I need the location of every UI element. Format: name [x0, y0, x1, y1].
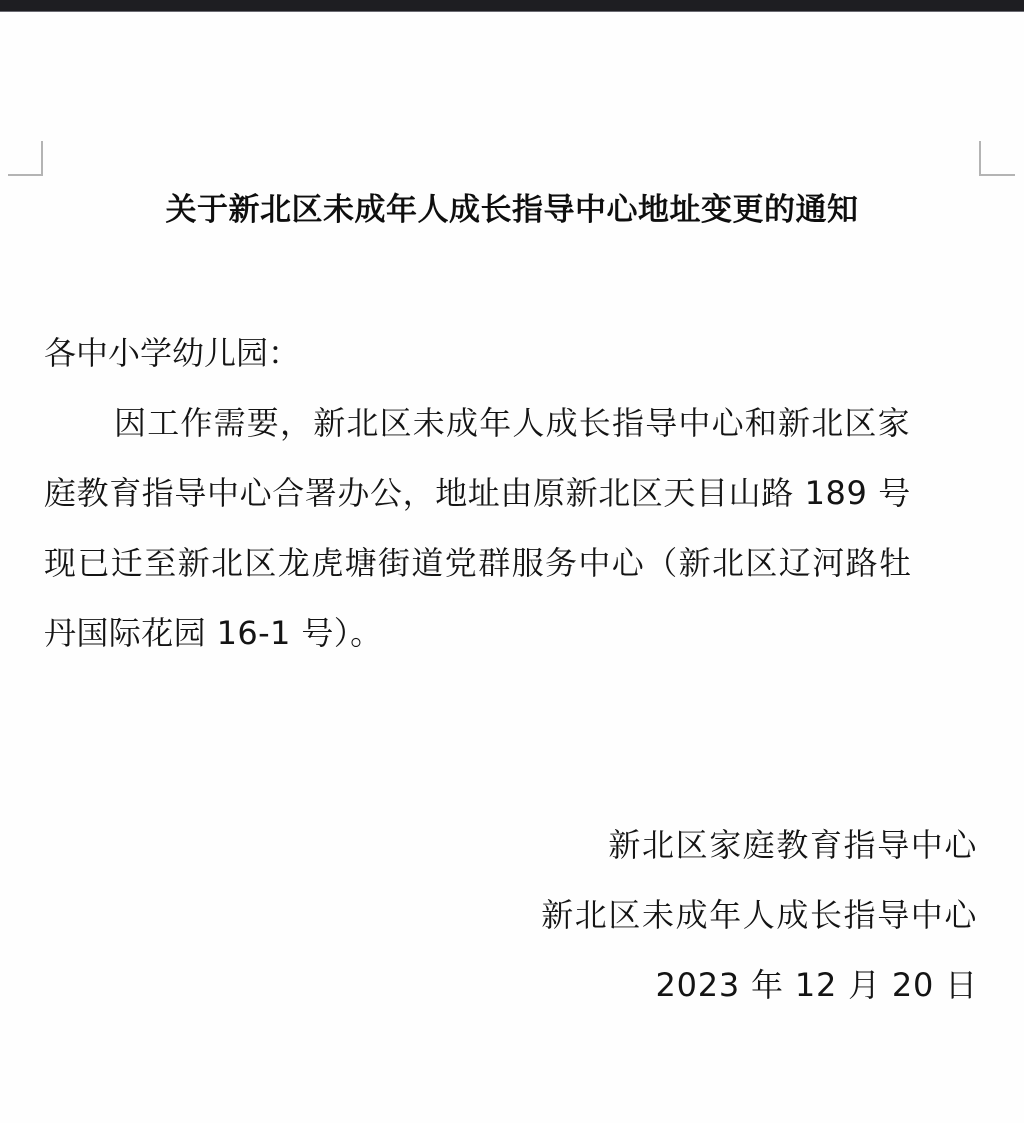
top-status-bar	[0, 0, 1024, 12]
crop-mark-top-right-icon	[979, 141, 1015, 176]
body-paragraph-line: 现已迁至新北区龙虎塘街道党群服务中心（新北区辽河路牡	[44, 541, 912, 585]
body-paragraph-line: 庭教育指导中心合署办公，地址由原新北区天目山路 189 号	[44, 471, 911, 515]
signature-minor-growth-center: 新北区未成年人成长指导中心	[541, 893, 978, 937]
body-paragraph-line: 因工作需要，新北区未成年人成长指导中心和新北区家	[114, 401, 911, 445]
body-paragraph-line: 丹国际花园 16-1 号）。	[44, 611, 383, 655]
signature-family-education-center: 新北区家庭教育指导中心	[608, 823, 978, 867]
document-title: 关于新北区未成年人成长指导中心地址变更的通知	[0, 188, 1024, 232]
crop-mark-top-left-icon	[8, 141, 43, 176]
salutation: 各中小学幼儿园：	[44, 331, 300, 375]
document-date: 2023 年 12 月 20 日	[655, 963, 978, 1007]
